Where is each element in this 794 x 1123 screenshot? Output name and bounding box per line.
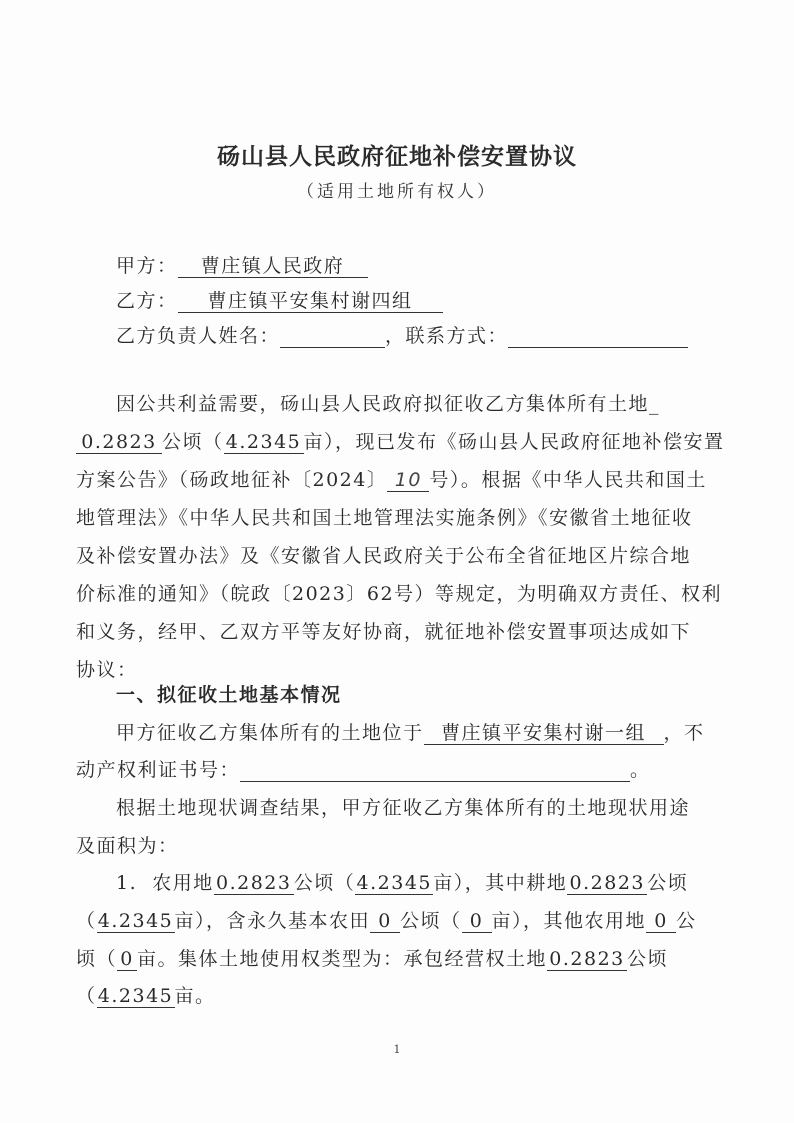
- section-text: 甲方征收乙方集体所有的土地位于: [116, 722, 424, 744]
- item-text: 农用地: [152, 872, 214, 894]
- intro-line-5: 及补偿安置办法》及《安徽省人民政府关于公布全省征地区片综合地: [76, 544, 726, 568]
- party-b-contact-line: 乙方负责人姓名：，联系方式：: [76, 324, 766, 348]
- contact-name-label: 乙方负责人姓名：: [116, 325, 280, 347]
- document-page: 砀山县人民政府征地补偿安置协议 （适用土地所有权人） 甲方：曹庄镇人民政府 乙方…: [0, 0, 794, 1123]
- notice-number-handwritten: 10: [387, 469, 429, 492]
- basic-farmland-hectares: 0: [370, 910, 400, 933]
- section-1-p1-line-1: 甲方征收乙方集体所有的土地位于曹庄镇平安集村谢一组，不: [76, 721, 766, 745]
- farmland-hectares: 0.2823: [214, 872, 294, 895]
- intro-line-7: 和义务，经甲、乙双方平等友好协商，就征地补偿安置事项达成如下: [76, 620, 726, 644]
- party-a-line: 甲方：曹庄镇人民政府: [76, 254, 766, 278]
- intro-line-6: 价标准的通知》（皖政〔2023〕62号）等规定，为明确双方责任、权利: [76, 582, 726, 606]
- party-b-label: 乙方：: [116, 290, 178, 312]
- other-farmland-hectares: 0: [646, 910, 676, 933]
- intro-line-2: 0.2823公顷（4.2345亩），现已发布《砀山县人民政府征地补偿安置: [76, 430, 726, 454]
- party-a-label: 甲方：: [116, 255, 178, 277]
- intro-text: 亩），现已发布《砀山县人民政府征地补偿安置: [304, 431, 725, 453]
- party-b-value: 曹庄镇平安集村谢四组: [178, 290, 443, 313]
- item-1-line-3: 顷（0亩。集体土地使用权类型为：承包经营权土地0.2823公顷: [76, 947, 726, 971]
- item-text: （: [76, 985, 97, 1007]
- cultivated-hectares: 0.2823: [567, 872, 647, 895]
- intro-line-4: 地管理法》《中华人民共和国土地管理法实施条例》《安徽省土地征收: [76, 506, 726, 530]
- intro-text: 号）。根据《中华人民共和国土: [429, 469, 707, 491]
- item-text: 亩。集体土地使用权类型为：承包经营权土地: [137, 948, 547, 970]
- item-text: 亩。: [175, 985, 216, 1007]
- item-1-line-1: 1. 农用地0.2823公顷（4.2345亩），其中耕地0.2823公顷: [76, 871, 766, 895]
- other-farmland-mu: 0: [117, 948, 137, 971]
- section-1-p2-line-2: 及面积为：: [76, 834, 726, 858]
- section-1-heading: 一、拟征收土地基本情况: [76, 683, 766, 707]
- item-text: 亩），其中耕地: [433, 872, 567, 894]
- page-number: 1: [0, 1043, 794, 1056]
- contract-land-hectares: 0.2823: [547, 948, 627, 971]
- farmland-mu: 4.2345: [355, 872, 433, 895]
- item-text: 顷（: [76, 948, 117, 970]
- contract-land-mu: 4.2345: [97, 985, 175, 1008]
- intro-text: 公顷（: [162, 431, 224, 453]
- document-subtitle: （适用土地所有权人）: [0, 177, 794, 202]
- item-text: 公顷（: [400, 910, 462, 932]
- section-text: 动产权利证书号：: [76, 759, 240, 781]
- intro-line-1: 因公共利益需要，砀山县人民政府拟征收乙方集体所有土地_: [76, 392, 766, 416]
- item-number: 1.: [116, 872, 137, 894]
- section-text: ，不: [664, 722, 705, 744]
- section-text: 。: [630, 759, 651, 781]
- contact-phone-label: ，联系方式：: [385, 325, 508, 347]
- item-text: 亩），含永久基本农田: [175, 910, 371, 932]
- item-text: 公: [676, 910, 697, 932]
- intro-text: 方案公告》（砀政地征补〔2024〕: [76, 469, 387, 491]
- intro-line-8: 协议：: [76, 658, 726, 682]
- item-text: 公顷: [627, 948, 668, 970]
- party-a-value: 曹庄镇人民政府: [178, 255, 368, 278]
- section-1-p2-line-1: 根据土地现状调查结果，甲方征收乙方集体所有的土地现状用途: [76, 796, 766, 820]
- intro-text: 因公共利益需要，砀山县人民政府拟征收乙方集体所有土地_: [116, 393, 660, 415]
- area-hectares: 0.2823: [76, 431, 162, 454]
- item-text: 公顷（: [294, 872, 356, 894]
- property-cert-number: [240, 761, 630, 782]
- land-location: 曹庄镇平安集村谢一组: [424, 722, 664, 745]
- item-1-line-4: （4.2345亩。: [76, 984, 726, 1008]
- item-text: （: [76, 910, 97, 932]
- document-title: 砀山县人民政府征地补偿安置协议: [0, 138, 794, 171]
- intro-line-3: 方案公告》（砀政地征补〔2024〕10号）。根据《中华人民共和国土: [76, 468, 726, 492]
- item-text: 公顷: [647, 872, 688, 894]
- item-1-line-2: （4.2345亩），含永久基本农田0公顷（0亩），其他农用地0公: [76, 909, 726, 933]
- area-mu: 4.2345: [224, 431, 304, 454]
- section-1-p1-line-2: 动产权利证书号：。: [76, 758, 726, 782]
- contact-name-field: [280, 327, 385, 348]
- contact-phone-field: [508, 327, 688, 348]
- basic-farmland-mu: 0: [462, 910, 492, 933]
- party-b-line: 乙方：曹庄镇平安集村谢四组: [76, 289, 766, 313]
- item-text: 亩），其他农用地: [492, 910, 647, 932]
- cultivated-mu: 4.2345: [97, 910, 175, 933]
